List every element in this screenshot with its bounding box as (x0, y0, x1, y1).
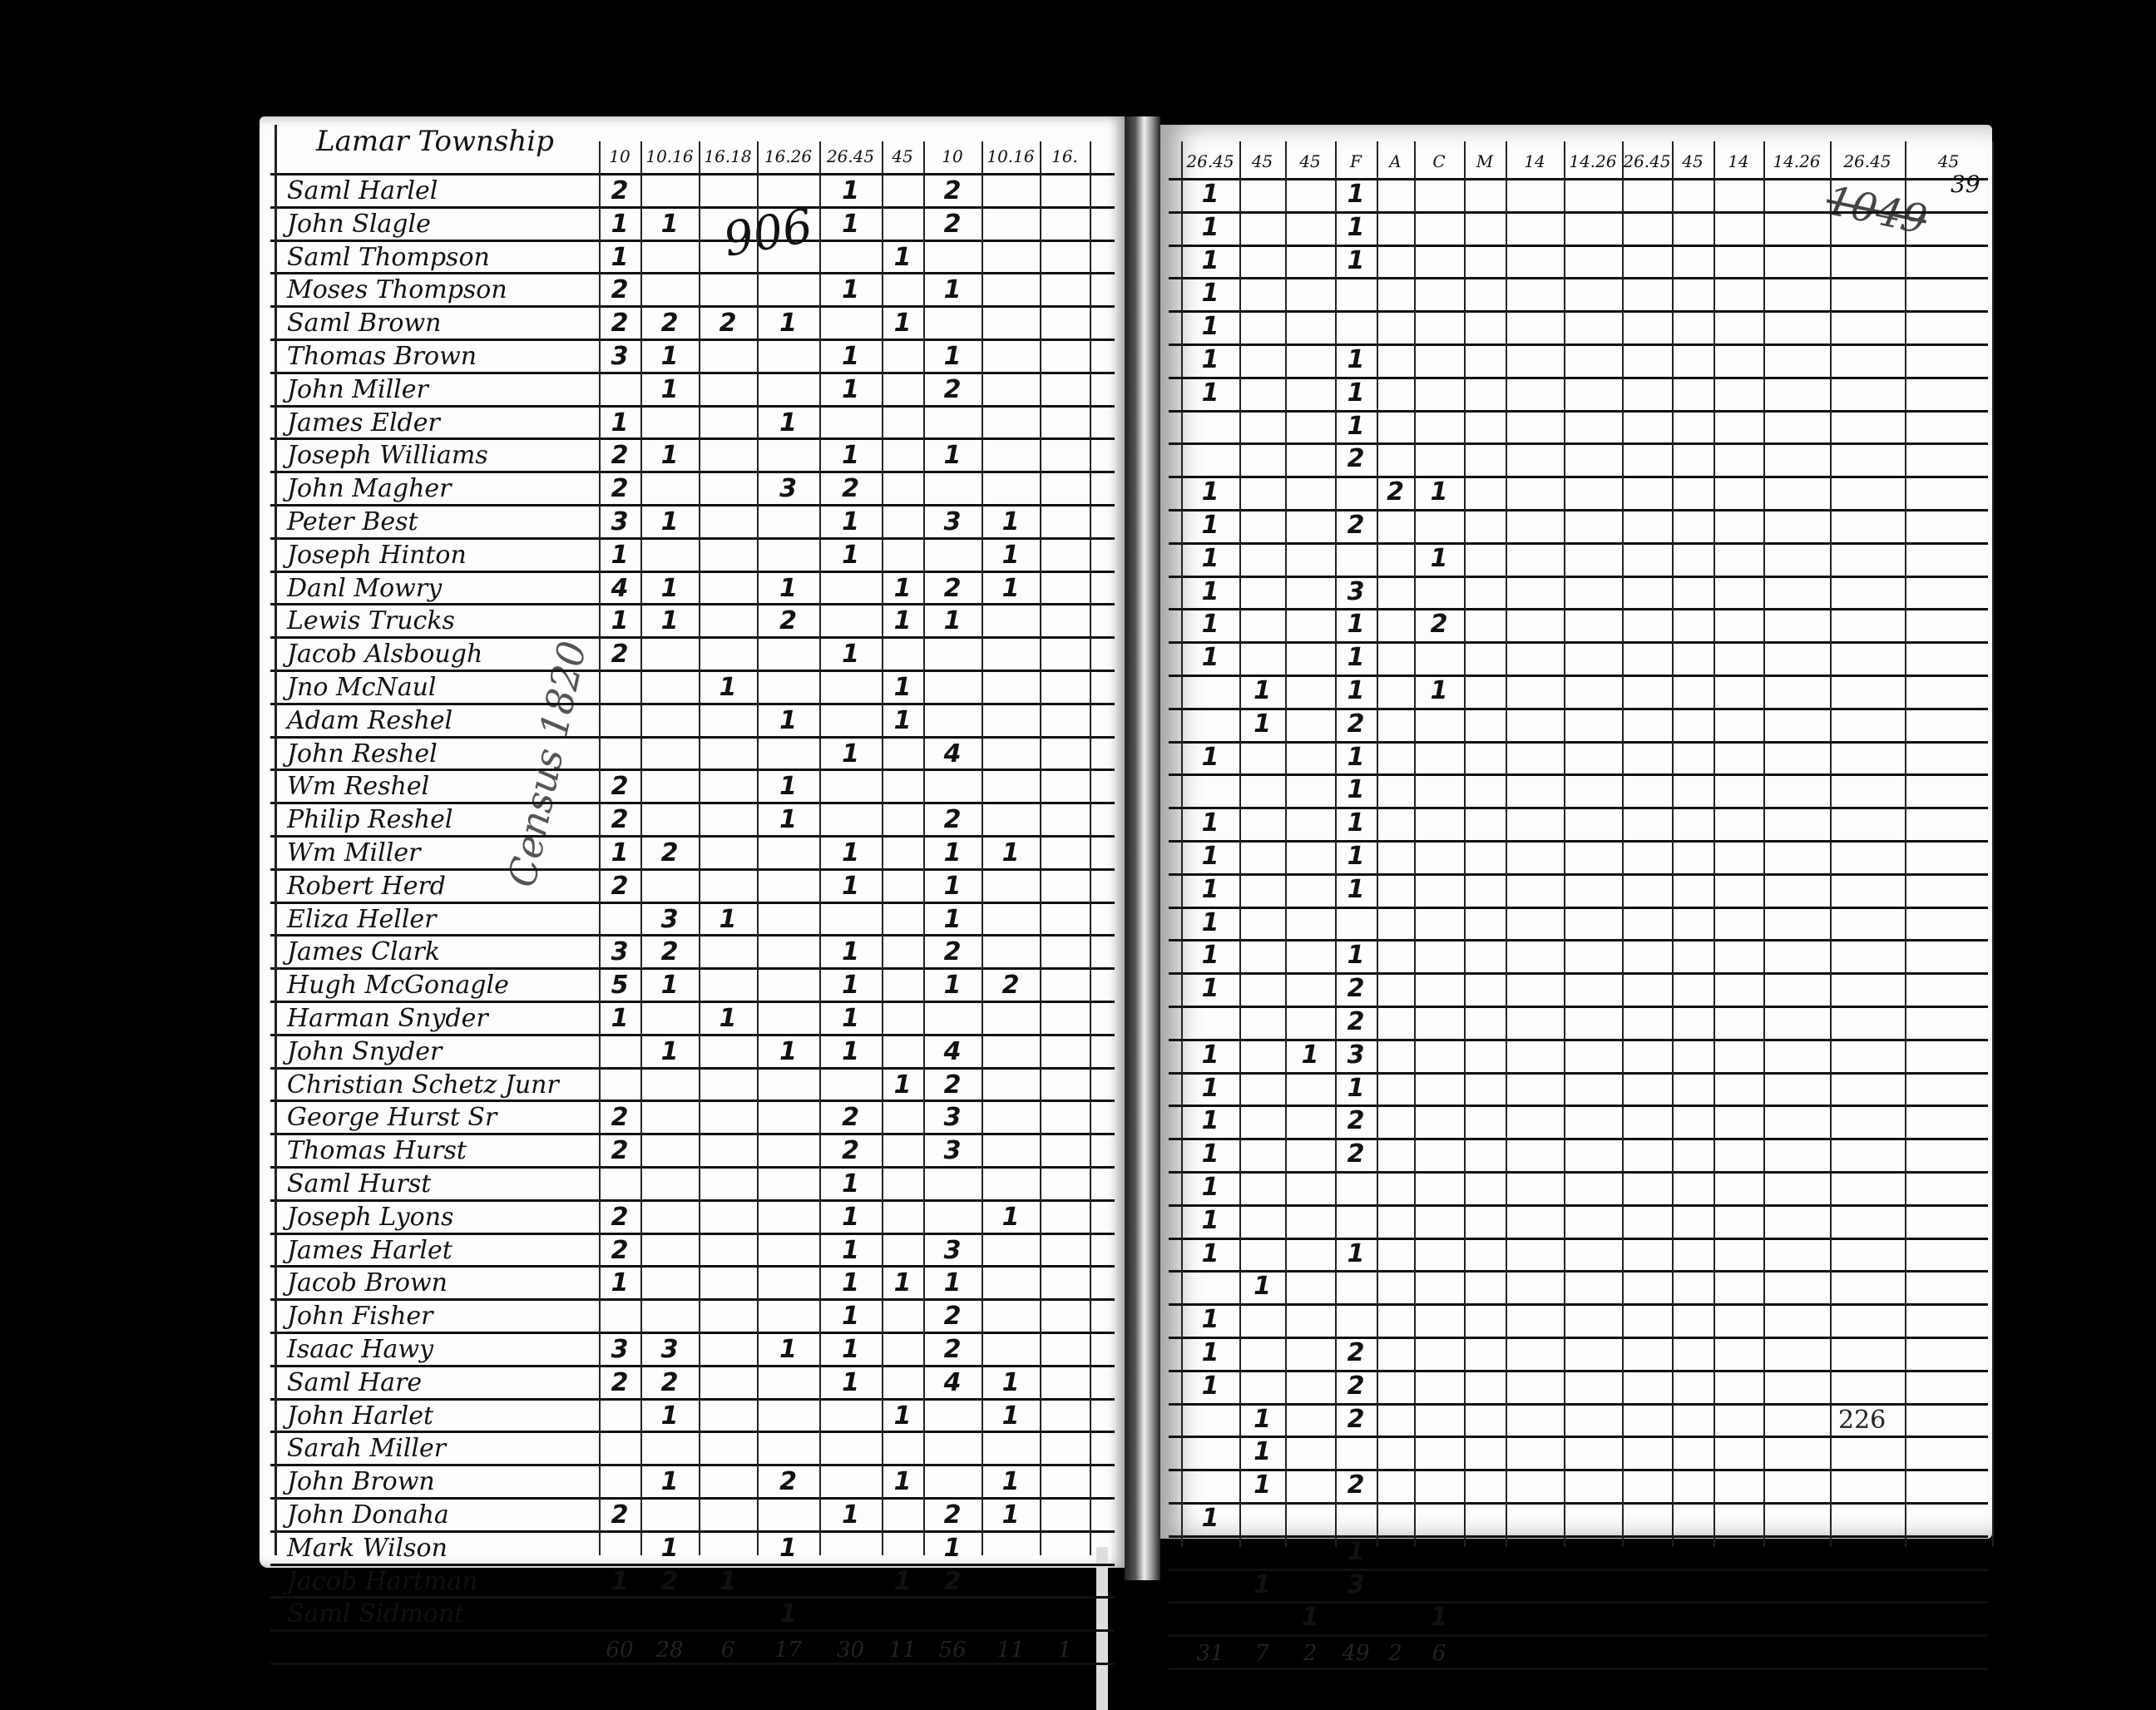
tally-cell: 1 (882, 309, 923, 338)
tally-cell: 2 (819, 474, 882, 503)
row-rule (270, 471, 1115, 473)
column-total: 7 (1239, 1641, 1285, 1666)
column-total: 31 (1181, 1641, 1239, 1666)
column-rule (1090, 141, 1091, 1555)
tally-cell: 1 (1239, 1470, 1285, 1500)
tally-cell: 1 (923, 606, 982, 635)
tally-cell: 3 (757, 474, 819, 503)
tally-cell: 2 (640, 1368, 699, 1397)
tally-cell: 2 (1335, 511, 1377, 540)
row-rule (1169, 1535, 1988, 1538)
township-title: Lamar Township (316, 125, 554, 158)
tally-cell: 2 (757, 1467, 819, 1496)
column-header: 45 (1285, 151, 1335, 171)
household-name: John Snyder (287, 1037, 442, 1066)
household-name: John Brown (287, 1467, 435, 1496)
tally-cell: 2 (1335, 1338, 1377, 1367)
household-name: Philip Reshel (287, 805, 452, 834)
household-name: John Slagle (287, 210, 431, 239)
row-rule (1169, 972, 1988, 975)
row-rule (270, 571, 1115, 573)
column-total: 56 (923, 1638, 982, 1663)
tally-cell: 1 (1181, 974, 1239, 1003)
household-name: Joseph Hinton (287, 541, 467, 570)
row-rule (1169, 1569, 1988, 1571)
household-name: Wm Reshel (287, 772, 429, 801)
tally-cell: 1 (819, 1268, 882, 1297)
tally-cell: 1 (819, 1500, 882, 1530)
tally-cell: 1 (882, 673, 923, 702)
tally-cell: 3 (1335, 1040, 1377, 1070)
row-rule (270, 1431, 1115, 1433)
tally-cell: 1 (819, 342, 882, 371)
row-rule (270, 1332, 1115, 1334)
tally-cell: 1 (1239, 709, 1285, 739)
household-name: John Magher (287, 474, 452, 503)
tally-cell: 1 (819, 1302, 882, 1331)
tally-cell: 1 (982, 1368, 1040, 1397)
tally-cell: 1 (640, 1467, 699, 1496)
column-rule (1285, 141, 1287, 1547)
tally-cell: 1 (1181, 477, 1239, 507)
household-name: Jacob Brown (287, 1268, 448, 1297)
column-header: F (1335, 151, 1377, 171)
household-name: Joseph Williams (287, 441, 488, 470)
column-rule (1506, 141, 1507, 1547)
stamped-page-number: 226 (1838, 1406, 1886, 1435)
tally-cell: 1 (819, 971, 882, 1000)
tally-cell: 2 (599, 1136, 640, 1165)
tally-cell: 1 (819, 1335, 882, 1364)
column-header: M (1464, 151, 1506, 171)
row-rule (270, 1133, 1115, 1135)
tally-cell: 2 (1335, 1139, 1377, 1169)
row-rule (1169, 576, 1988, 578)
row-rule (1169, 608, 1988, 610)
column-header: 10 (923, 146, 982, 166)
tally-cell: 4 (923, 1368, 982, 1397)
binding-strip (1096, 1547, 1108, 1710)
tally-cell: 1 (699, 673, 757, 702)
tally-cell: 1 (923, 275, 982, 304)
tally-cell: 2 (923, 375, 982, 404)
tally-cell: 2 (599, 640, 640, 669)
column-header: 16.26 (757, 146, 819, 166)
column-header: 45 (1239, 151, 1285, 171)
column-rule (1830, 141, 1832, 1547)
household-name: Moses Thompson (287, 275, 507, 304)
tally-cell: 1 (1335, 1074, 1377, 1103)
tally-cell: 1 (1335, 246, 1377, 275)
column-total: 2 (1377, 1641, 1414, 1666)
row-rule (1169, 1469, 1988, 1471)
row-rule (270, 173, 1115, 175)
tally-cell: 1 (1181, 1173, 1239, 1202)
row-rule (1169, 1138, 1988, 1140)
tally-cell: 1 (1181, 345, 1239, 374)
column-header: 14.26 (1564, 151, 1622, 171)
tally-cell: 3 (923, 1236, 982, 1265)
row-rule (1169, 1204, 1988, 1207)
tally-cell: 1 (1181, 1139, 1239, 1169)
tally-cell: 3 (599, 937, 640, 966)
tally-cell: 4 (923, 739, 982, 769)
tally-cell: 1 (923, 441, 982, 470)
row-rule (1169, 1436, 1988, 1438)
tally-cell: 1 (819, 507, 882, 536)
column-rule (1564, 141, 1565, 1547)
column-total: 49 (1335, 1641, 1377, 1666)
tally-cell: 1 (819, 1004, 882, 1033)
tally-cell: 2 (923, 937, 982, 966)
tally-cell: 1 (819, 210, 882, 239)
tally-cell: 1 (640, 342, 699, 371)
tally-cell: 2 (819, 1103, 882, 1132)
column-rule (1464, 141, 1466, 1547)
column-header: 45 (1905, 151, 1992, 171)
tally-cell: 1 (1181, 312, 1239, 341)
row-rule (270, 670, 1115, 672)
row-rule (270, 504, 1115, 507)
row-rule (270, 1233, 1115, 1235)
tally-cell: 2 (923, 1070, 982, 1100)
tally-cell: 1 (640, 210, 699, 239)
household-name: Jacob Hartman (287, 1567, 478, 1596)
tally-cell: 2 (599, 1368, 640, 1397)
row-rule (270, 1596, 1115, 1599)
tally-cell: 1 (982, 1401, 1040, 1431)
row-rule (270, 1564, 1115, 1566)
tally-cell: 1 (819, 1368, 882, 1397)
tally-cell: 4 (923, 1037, 982, 1066)
row-rule (270, 1199, 1115, 1202)
household-name: Danl Mowry (287, 574, 442, 603)
tally-cell: 2 (1377, 477, 1414, 507)
tally-cell: 1 (882, 1467, 923, 1496)
tally-cell: 1 (599, 1567, 640, 1596)
row-rule (1169, 907, 1988, 909)
row-rule (270, 437, 1115, 440)
household-name: John Miller (287, 375, 428, 404)
tally-cell: 1 (1335, 775, 1377, 804)
row-rule (270, 1298, 1115, 1301)
row-rule (1169, 377, 1988, 379)
tally-cell: 1 (1414, 676, 1464, 705)
tally-cell: 1 (757, 805, 819, 834)
household-name: Sarah Miller (287, 1434, 446, 1463)
column-rule (1713, 141, 1715, 1547)
column-rule (1905, 141, 1906, 1547)
tally-cell: 2 (1335, 709, 1377, 739)
column-rule (1992, 141, 1994, 1547)
tally-cell: 1 (1181, 941, 1239, 970)
tally-cell: 1 (640, 1037, 699, 1066)
tally-cell: 1 (1414, 477, 1464, 507)
tally-cell: 1 (757, 309, 819, 338)
row-rule (270, 240, 1115, 242)
column-header: 14 (1713, 151, 1763, 171)
tally-cell: 2 (819, 1136, 882, 1165)
tally-cell: 1 (1335, 378, 1377, 408)
tally-cell: 2 (1414, 610, 1464, 639)
column-rule (1414, 141, 1416, 1547)
household-name: James Elder (287, 408, 440, 437)
household-name: Saml Hare (287, 1368, 422, 1397)
tally-cell: 2 (599, 309, 640, 338)
row-rule (1169, 1303, 1988, 1306)
column-header: 26.45 (1622, 151, 1672, 171)
row-rule (270, 802, 1115, 804)
tally-cell: 1 (819, 541, 882, 570)
row-rule (270, 902, 1115, 904)
row-rule (1169, 1072, 1988, 1075)
tally-cell: 2 (923, 1302, 982, 1331)
tally-cell: 2 (640, 937, 699, 966)
tally-cell: 1 (1335, 345, 1377, 374)
tally-cell: 1 (599, 1268, 640, 1297)
tally-cell: 1 (1181, 1338, 1239, 1367)
row-rule (1169, 1238, 1988, 1240)
tally-cell: 1 (819, 872, 882, 901)
tally-cell: 1 (1181, 808, 1239, 838)
row-rule (270, 934, 1115, 937)
column-total: 30 (819, 1638, 882, 1663)
column-total: 11 (982, 1638, 1040, 1663)
row-rule (270, 1100, 1115, 1102)
row-rule (1169, 675, 1988, 677)
tally-cell: 1 (1335, 643, 1377, 672)
tally-cell: 1 (599, 243, 640, 272)
tally-cell: 1 (640, 574, 699, 603)
tally-cell: 1 (882, 1268, 923, 1297)
column-rule (1377, 141, 1378, 1547)
row-rule (270, 339, 1115, 341)
tally-cell: 1 (1414, 1603, 1464, 1632)
row-rule (270, 305, 1115, 308)
column-rule (1622, 141, 1624, 1547)
tally-cell: 1 (982, 1203, 1040, 1232)
column-rule (1040, 141, 1041, 1555)
row-rule (1169, 1006, 1988, 1008)
tally-cell: 3 (640, 1335, 699, 1364)
column-total: 6 (1414, 1641, 1464, 1666)
row-rule (1169, 245, 1988, 247)
row-rule (1169, 178, 1988, 180)
tally-cell: 1 (640, 1534, 699, 1563)
row-rule (270, 206, 1115, 209)
tally-cell: 2 (699, 309, 757, 338)
household-name: Jno McNaul (287, 673, 437, 702)
row-rule (1169, 476, 1988, 478)
tally-cell: 1 (1335, 412, 1377, 441)
tally-cell: 1 (757, 706, 819, 735)
row-rule (270, 1034, 1115, 1036)
column-total: 1 (1040, 1638, 1090, 1663)
tally-cell: 2 (599, 176, 640, 205)
household-name: John Reshel (287, 739, 438, 769)
tally-cell: 1 (757, 408, 819, 437)
row-rule (270, 868, 1115, 871)
tally-cell: 1 (1181, 842, 1239, 871)
row-rule (1169, 1270, 1988, 1273)
row-rule (1169, 1668, 1988, 1670)
tally-cell: 1 (599, 838, 640, 867)
column-rule (882, 141, 883, 1555)
row-rule (1169, 310, 1988, 313)
tally-cell: 3 (923, 1103, 982, 1132)
tally-cell: 2 (923, 1335, 982, 1364)
row-rule (270, 1629, 1115, 1632)
tally-cell: 2 (640, 309, 699, 338)
row-rule (1169, 1634, 1988, 1637)
tally-cell: 2 (923, 1567, 982, 1596)
book-spine (1125, 116, 1160, 1580)
tally-cell: 1 (1181, 1305, 1239, 1334)
household-name: Thomas Brown (287, 342, 477, 371)
tally-cell: 1 (1335, 941, 1377, 970)
column-total: 2 (1285, 1641, 1335, 1666)
tally-cell: 1 (819, 1169, 882, 1198)
row-rule (270, 1497, 1115, 1500)
row-rule (1169, 410, 1988, 413)
page-mark-annotation: 39 (1951, 171, 1980, 198)
row-rule (1169, 807, 1988, 809)
household-name: Saml Sidmont (287, 1599, 464, 1628)
household-name: John Donaha (287, 1500, 449, 1530)
tally-cell: 1 (923, 342, 982, 371)
tally-cell: 1 (757, 1037, 819, 1066)
tally-cell: 1 (1181, 1106, 1239, 1135)
household-name: John Fisher (287, 1302, 433, 1331)
tally-cell: 1 (699, 905, 757, 934)
household-name: Joseph Lyons (287, 1203, 453, 1232)
household-name: Wm Miller (287, 838, 420, 867)
tally-cell: 1 (1181, 643, 1239, 672)
tally-cell: 1 (923, 1534, 982, 1563)
tally-cell: 5 (599, 971, 640, 1000)
tally-cell: 1 (1335, 743, 1377, 772)
tally-cell: 1 (882, 1401, 923, 1431)
tally-cell: 1 (819, 1037, 882, 1066)
household-name: Saml Harlel (287, 176, 438, 205)
tally-cell: 1 (882, 1070, 923, 1100)
column-header: 45 (1672, 151, 1713, 171)
tally-cell: 1 (1335, 1239, 1377, 1268)
tally-cell: 1 (1335, 808, 1377, 838)
column-rule (1763, 141, 1765, 1547)
tally-cell: 2 (1335, 974, 1377, 1003)
household-name: Saml Hurst (287, 1169, 431, 1198)
tally-cell: 1 (757, 1534, 819, 1563)
row-rule (1169, 840, 1988, 843)
tally-cell: 3 (599, 507, 640, 536)
row-rule (1169, 1502, 1988, 1505)
tally-cell: 1 (982, 1467, 1040, 1496)
row-rule (270, 272, 1115, 274)
column-header: 14 (1506, 151, 1564, 171)
row-rule (270, 1067, 1115, 1070)
tally-cell: 1 (1239, 1570, 1285, 1599)
tally-cell: 1 (1181, 1040, 1239, 1070)
column-rule (1239, 141, 1241, 1547)
tally-cell: 1 (640, 507, 699, 536)
row-rule (1169, 1105, 1988, 1107)
tally-cell: 3 (923, 1136, 982, 1165)
column-header: 26.45 (1181, 151, 1239, 171)
row-rule (270, 372, 1115, 374)
tally-cell: 1 (982, 574, 1040, 603)
row-rule (1169, 542, 1988, 545)
household-name: Saml Brown (287, 309, 441, 338)
row-rule (270, 1365, 1115, 1367)
column-rule (1672, 141, 1674, 1547)
row-rule (270, 603, 1115, 605)
column-header: 16.18 (699, 146, 757, 166)
column-header: A (1377, 151, 1414, 171)
tally-cell: 2 (640, 1567, 699, 1596)
tally-cell: 1 (1181, 511, 1239, 540)
tally-cell: 1 (757, 772, 819, 801)
tally-cell: 2 (599, 772, 640, 801)
tally-cell: 2 (923, 210, 982, 239)
tally-cell: 2 (599, 1500, 640, 1530)
tally-cell: 1 (1335, 842, 1377, 871)
tally-cell: 1 (1181, 544, 1239, 573)
tally-cell: 1 (882, 243, 923, 272)
tally-cell: 1 (1181, 1074, 1239, 1103)
column-total: 60 (599, 1638, 640, 1663)
tally-cell: 1 (1181, 1504, 1239, 1533)
tally-cell: 1 (1181, 378, 1239, 408)
column-rule (699, 141, 700, 1555)
row-rule (270, 405, 1115, 408)
tally-cell: 1 (819, 640, 882, 669)
tally-cell: 3 (923, 507, 982, 536)
row-rule (1169, 641, 1988, 644)
row-rule (1169, 873, 1988, 876)
tally-cell: 1 (923, 1268, 982, 1297)
column-header: 14.26 (1763, 151, 1830, 171)
tally-cell: 2 (982, 971, 1040, 1000)
tally-cell: 2 (923, 1500, 982, 1530)
tally-cell: 1 (599, 408, 640, 437)
tally-cell: 2 (640, 838, 699, 867)
household-name: Lewis Trucks (287, 606, 455, 635)
row-rule (270, 736, 1115, 739)
tally-cell: 1 (1335, 875, 1377, 904)
tally-cell: 2 (1335, 1106, 1377, 1135)
household-name: James Clark (287, 937, 440, 966)
tally-cell: 1 (1181, 279, 1239, 308)
row-rule (270, 1464, 1115, 1466)
tally-cell: 1 (757, 574, 819, 603)
tally-cell: 1 (640, 441, 699, 470)
tally-cell: 1 (1181, 180, 1239, 209)
tally-cell: 1 (1181, 908, 1239, 937)
household-name: Christian Schetz Junr (287, 1070, 559, 1100)
tally-cell: 1 (1239, 1437, 1285, 1466)
tally-cell: 1 (982, 507, 1040, 536)
row-rule (270, 537, 1115, 540)
tally-cell: 3 (599, 342, 640, 371)
column-header: 16. (1040, 146, 1090, 166)
tally-cell: 1 (1181, 743, 1239, 772)
tally-cell: 1 (923, 905, 982, 934)
column-header: 26.45 (1830, 151, 1905, 171)
tally-cell: 2 (923, 574, 982, 603)
column-total: 11 (882, 1638, 923, 1663)
row-rule (1169, 509, 1988, 512)
